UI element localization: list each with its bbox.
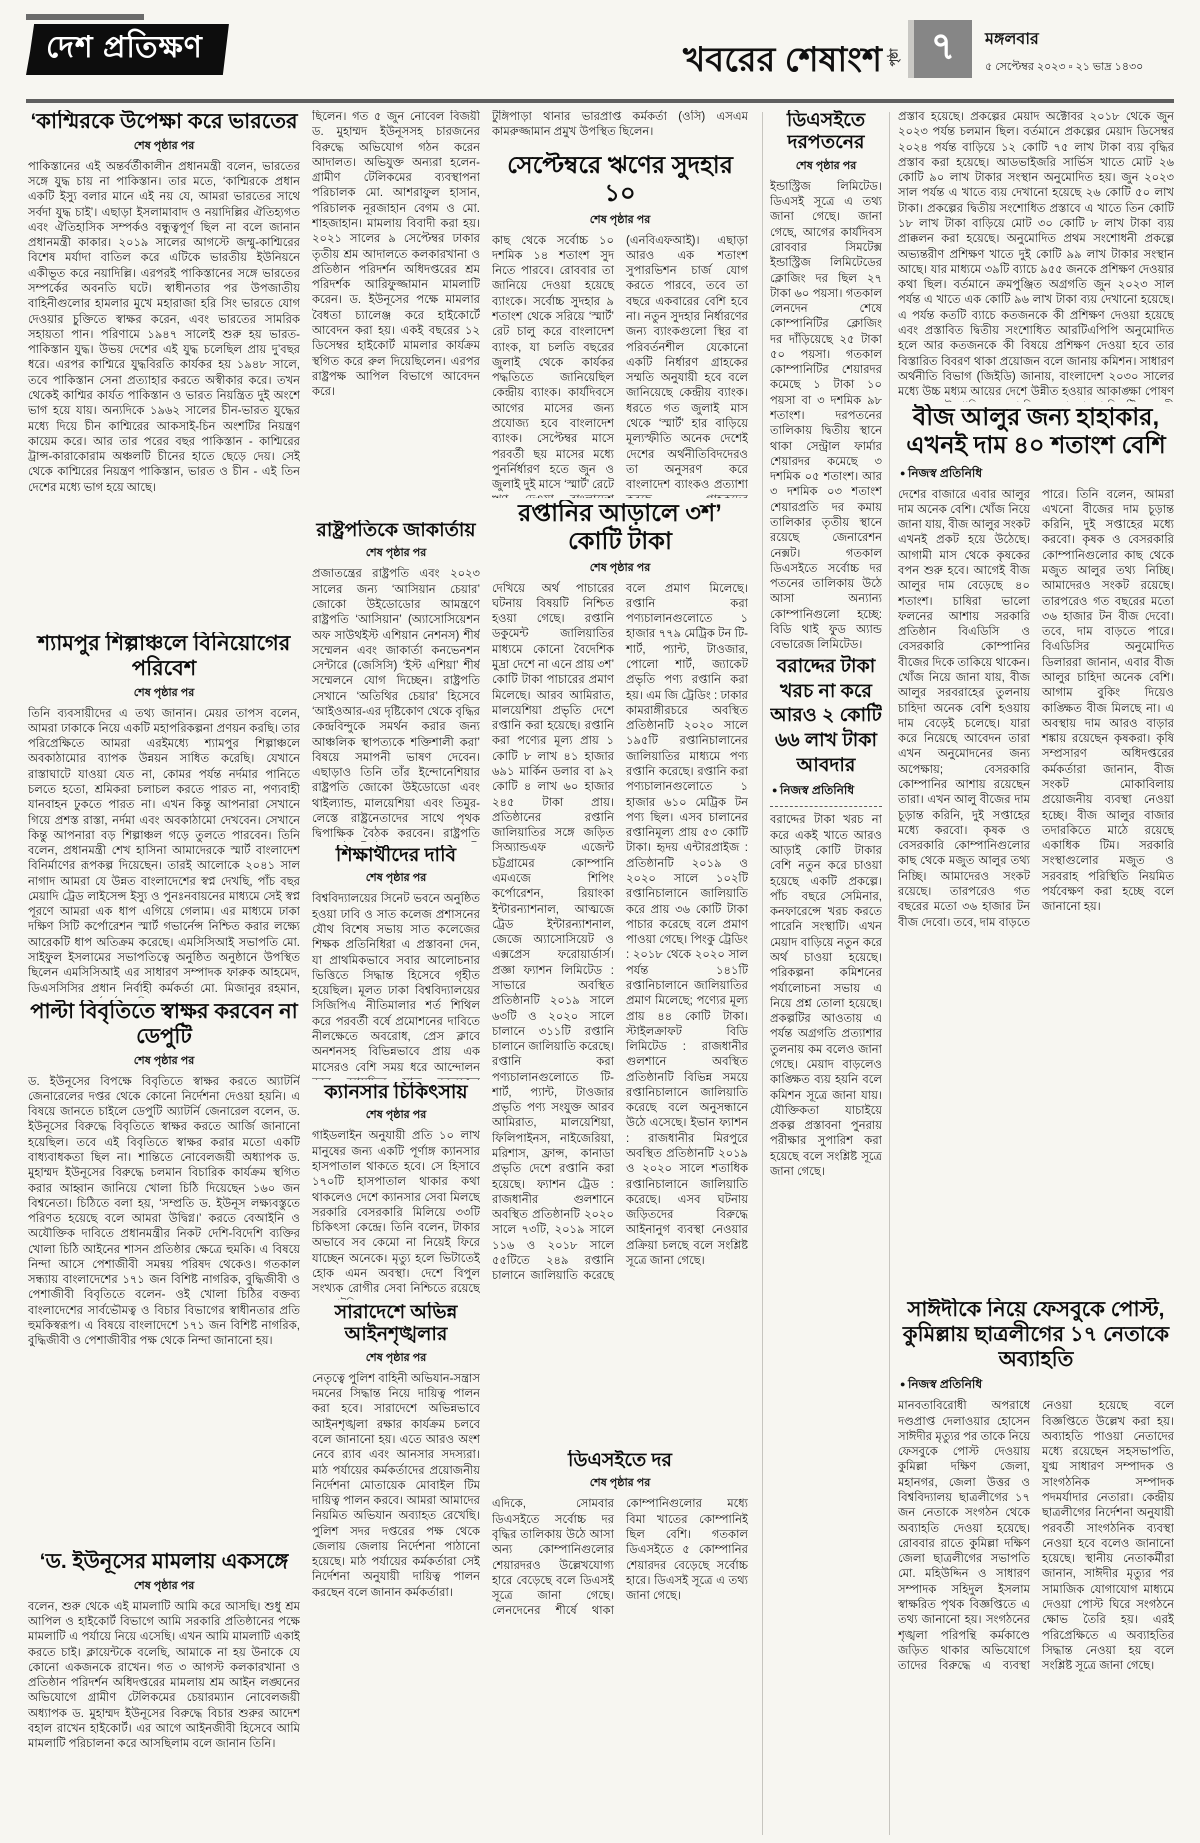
continued-from-label: শেষ পৃষ্ঠার পর [312,1349,480,1368]
continued-from-label: শেষ পৃষ্ঠার পর [28,137,300,156]
article-body: ছিলেন। গত ৫ জুন নোবেল বিজয়ী ড. মুহাম্মদ… [312,110,480,400]
article-body: বরাদ্দের টাকা খরচ না করে একই খাতে আরও আড… [770,813,882,1180]
article-body: পাকিস্তানের এই অন্তর্বর্তীকালীন প্রধানমন… [28,160,300,496]
column-divider [762,112,763,1835]
article-students-demand: শিক্ষার্থীদের দাবি শেষ পৃষ্ঠার পর বিশ্বব… [312,845,480,1080]
article-headline: সারাদেশে অভিন্ন আইনশৃঙ্খলার [312,1302,480,1347]
article-export-laundering: রপ্তানির আড়ালে ৩শ’ কোটি টাকা শেষ পৃষ্ঠা… [492,500,748,1448]
article-body: নেতৃত্বে পুলিশ বাহিনী অভিযান-সন্ত্রাস দম… [312,1372,480,1601]
section-title: খবরের শেষাংশ [683,34,882,91]
article-headline: রপ্তানির আড়ালে ৩শ’ কোটি টাকা [492,500,748,557]
article-body: তিনি ব্যবসায়ীদের এ তথ্য জানান। মেয়র তা… [28,707,300,998]
article-president-jakarta: রাষ্ট্রপতিকে জাকার্তায় শেষ পৃষ্ঠার পর প… [312,520,480,842]
continued-from-label: শেষ পৃষ্ঠার পর [312,869,480,888]
article-counter-statement: পাল্টা বিবৃতিতে স্বাক্ষর করবেন না ডেপুটি… [28,1000,300,1548]
header-rule [26,99,1174,103]
article-headline: সাঈদীকে নিয়ে ফেসবুকে পোস্ট, কুমিল্লায় … [898,1298,1174,1372]
weekday: মঙ্গলবার [985,26,1170,53]
article-headline: সেপ্টেম্বরে ঋণের সুদহার ১০ [492,152,748,209]
article-body: দেশের বাজারে এবার আলুর দাম অনেক বেশি। খো… [898,488,1174,931]
article-body: টুঙ্গিপাড়া থানার ভারপ্রাপ্ত কর্মকর্তা (… [492,110,748,141]
article-body: দেখিয়ে অর্থ পাচারের ঘটনায় বিষয়টি নিশ্… [492,582,748,1285]
brand-tagline-bar [26,14,144,20]
article-headline: ডিএসইতে দর [492,1450,748,1472]
article-headline: বরাদ্দের টাকা খরচ না করে আরও ২ কোটি ৬৬ ল… [770,655,882,778]
article-headline: বীজ আলুর জন্য হাহাকার, এখনই দাম ৪০ শতাংশ… [898,404,1174,461]
masthead: দেশ প্রতিক্ষণ খবরের শেষাংশ পৃষ্ঠা ৭ মঙ্গ… [0,0,1200,98]
article-headline: ‘কাশ্মিরকে উপেক্ষা করে ভারতের [28,110,300,135]
article-continuation-court: ছিলেন। গত ৫ জুন নোবেল বিজয়ী ড. মুহাম্মদ… [312,110,480,518]
staff-reporter-byline: নিজস্ব প্রতিনিধি [900,465,1174,485]
continued-from-label: শেষ পৃষ্ঠার পর [492,559,748,578]
article-headline: ‘ড. ইউনূসের মামলায় একসঙ্গে [28,1550,300,1575]
article-shyampur: শ্যামপুর শিল্পাঞ্চলে বিনিয়োগের পরিবেশ শ… [28,632,300,998]
continued-from-label: শেষ পৃষ্ঠার পর [492,211,748,230]
continued-from-label: শেষ পৃষ্ঠার পর [28,1577,300,1596]
article-loan-rate: সেপ্টেম্বরে ঋণের সুদহার ১০ শেষ পৃষ্ঠার প… [492,152,748,498]
article-body: গাইডলাইন অনুযায়ী প্রতি ১০ লাখ মানুষের জ… [312,1129,480,1300]
date-block: মঙ্গলবার ৫ সেপ্টেম্বর ২০২৩ ▫ ২১ ভাদ্র ১৪… [985,26,1170,77]
article-seed-potato: বীজ আলুর জন্য হাহাকার, এখনই দাম ৪০ শতাংশ… [898,404,1174,1296]
article-headline: শ্যামপুর শিল্পাঞ্চলে বিনিয়োগের পরিবেশ [28,632,300,682]
article-headline: শিক্ষার্থীদের দাবি [312,845,480,867]
article-budget-demand: বরাদ্দের টাকা খরচ না করে আরও ২ কোটি ৬৬ ল… [770,655,882,1835]
dashed-divider [770,806,882,807]
article-body: ড. ইউনূসের বিপক্ষে বিবৃতিতে স্বাক্ষর করত… [28,1075,300,1350]
continued-from-label: শেষ পৃষ্ঠার পর [312,1106,480,1125]
brand-logo: দেশ প্রতিক্ষণ [26,14,229,75]
newspaper-page: দেশ প্রতিক্ষণ খবরের শেষাংশ পৃষ্ঠা ৭ মঙ্গ… [0,0,1200,1843]
article-yunus-case: ‘ড. ইউনূসের মামলায় একসঙ্গে শেষ পৃষ্ঠার … [28,1550,300,1835]
article-sayedee-facebook: সাঈদীকে নিয়ে ফেসবুকে পোস্ট, কুমিল্লায় … [898,1298,1174,1835]
brand-name: দেশ প্রতিক্ষণ [26,24,229,75]
staff-reporter-byline: নিজস্ব প্রতিনিধি [900,1376,1174,1396]
continued-from-label: শেষ পৃষ্ঠার পর [492,1474,748,1493]
article-body: বিশ্ববিদ্যালয়ের সিনেট ভবনে অনুষ্ঠিত হওয… [312,892,480,1080]
article-headline: রাষ্ট্রপতিকে জাকার্তায় [312,520,480,542]
article-kashmir: ‘কাশ্মিরকে উপেক্ষা করে ভারতের শেষ পৃষ্ঠা… [28,110,300,630]
article-dse-price: ডিএসইতে দর শেষ পৃষ্ঠার পর এদিকে, সোমবার … [492,1450,748,1835]
article-body: প্রস্তাব হয়েছে। প্রকল্পের মেয়াদ অক্টোব… [898,110,1174,402]
article-continuation-tungipara: টুঙ্গিপাড়া থানার ভারপ্রাপ্ত কর্মকর্তা (… [492,110,748,152]
page-label: পৃষ্ঠা [886,49,905,67]
column-divider [889,112,890,1835]
page-number-badge: ৭ [914,20,972,78]
staff-reporter-byline: নিজস্ব প্রতিনিধি [772,782,882,802]
continued-from-label: শেষ পৃষ্ঠার পর [770,157,882,176]
article-body: মানবতাবিরোধী অপরাধে দণ্ডপ্রাপ্ত দেলাওয়া… [898,1399,1174,1674]
continued-from-label: শেষ পৃষ্ঠার পর [28,1052,300,1071]
article-cancer-treatment: ক্যানসার চিকিৎসায় শেষ পৃষ্ঠার পর গাইডলা… [312,1082,480,1300]
continued-from-label: শেষ পৃষ্ঠার পর [28,684,300,703]
article-body: বলেন, শুরু থেকে এই মামলাটি আমি করে আসছি।… [28,1600,300,1753]
article-body: এদিকে, সোমবার ডিএসইতে সর্বোচ্চ দর বৃদ্ধি… [492,1497,748,1619]
article-body: ইন্ডাস্ট্রিজ লিমিটেড। ডিএসই সূত্রে এ তথ্… [770,180,882,653]
article-headline: ক্যানসার চিকিৎসায় [312,1082,480,1104]
continued-from-label: শেষ পৃষ্ঠার পর [312,544,480,563]
article-body: প্রজাতন্ত্রের রাষ্ট্রপতি এবং ২০২৩ সালের … [312,567,480,842]
date-line: ৫ সেপ্টেম্বর ২০২৩ ▫ ২১ ভাদ্র ১৪৩০ [985,58,1170,77]
article-headline: ডিএসইতে দরপতনের [770,110,882,155]
article-budget-continuation: প্রস্তাব হয়েছে। প্রকল্পের মেয়াদ অক্টোব… [898,110,1174,402]
article-headline: পাল্টা বিবৃতিতে স্বাক্ষর করবেন না ডেপুটি [28,1000,300,1050]
article-dse-fall: ডিএসইতে দরপতনের শেষ পৃষ্ঠার পর ইন্ডাস্ট্… [770,110,882,653]
article-police-nationwide: সারাদেশে অভিন্ন আইনশৃঙ্খলার শেষ পৃষ্ঠার … [312,1302,480,1835]
article-body: কাছ থেকে সর্বোচ্চ ১০ দশমিক ১৪ শতাংশ সুদ … [492,234,748,498]
